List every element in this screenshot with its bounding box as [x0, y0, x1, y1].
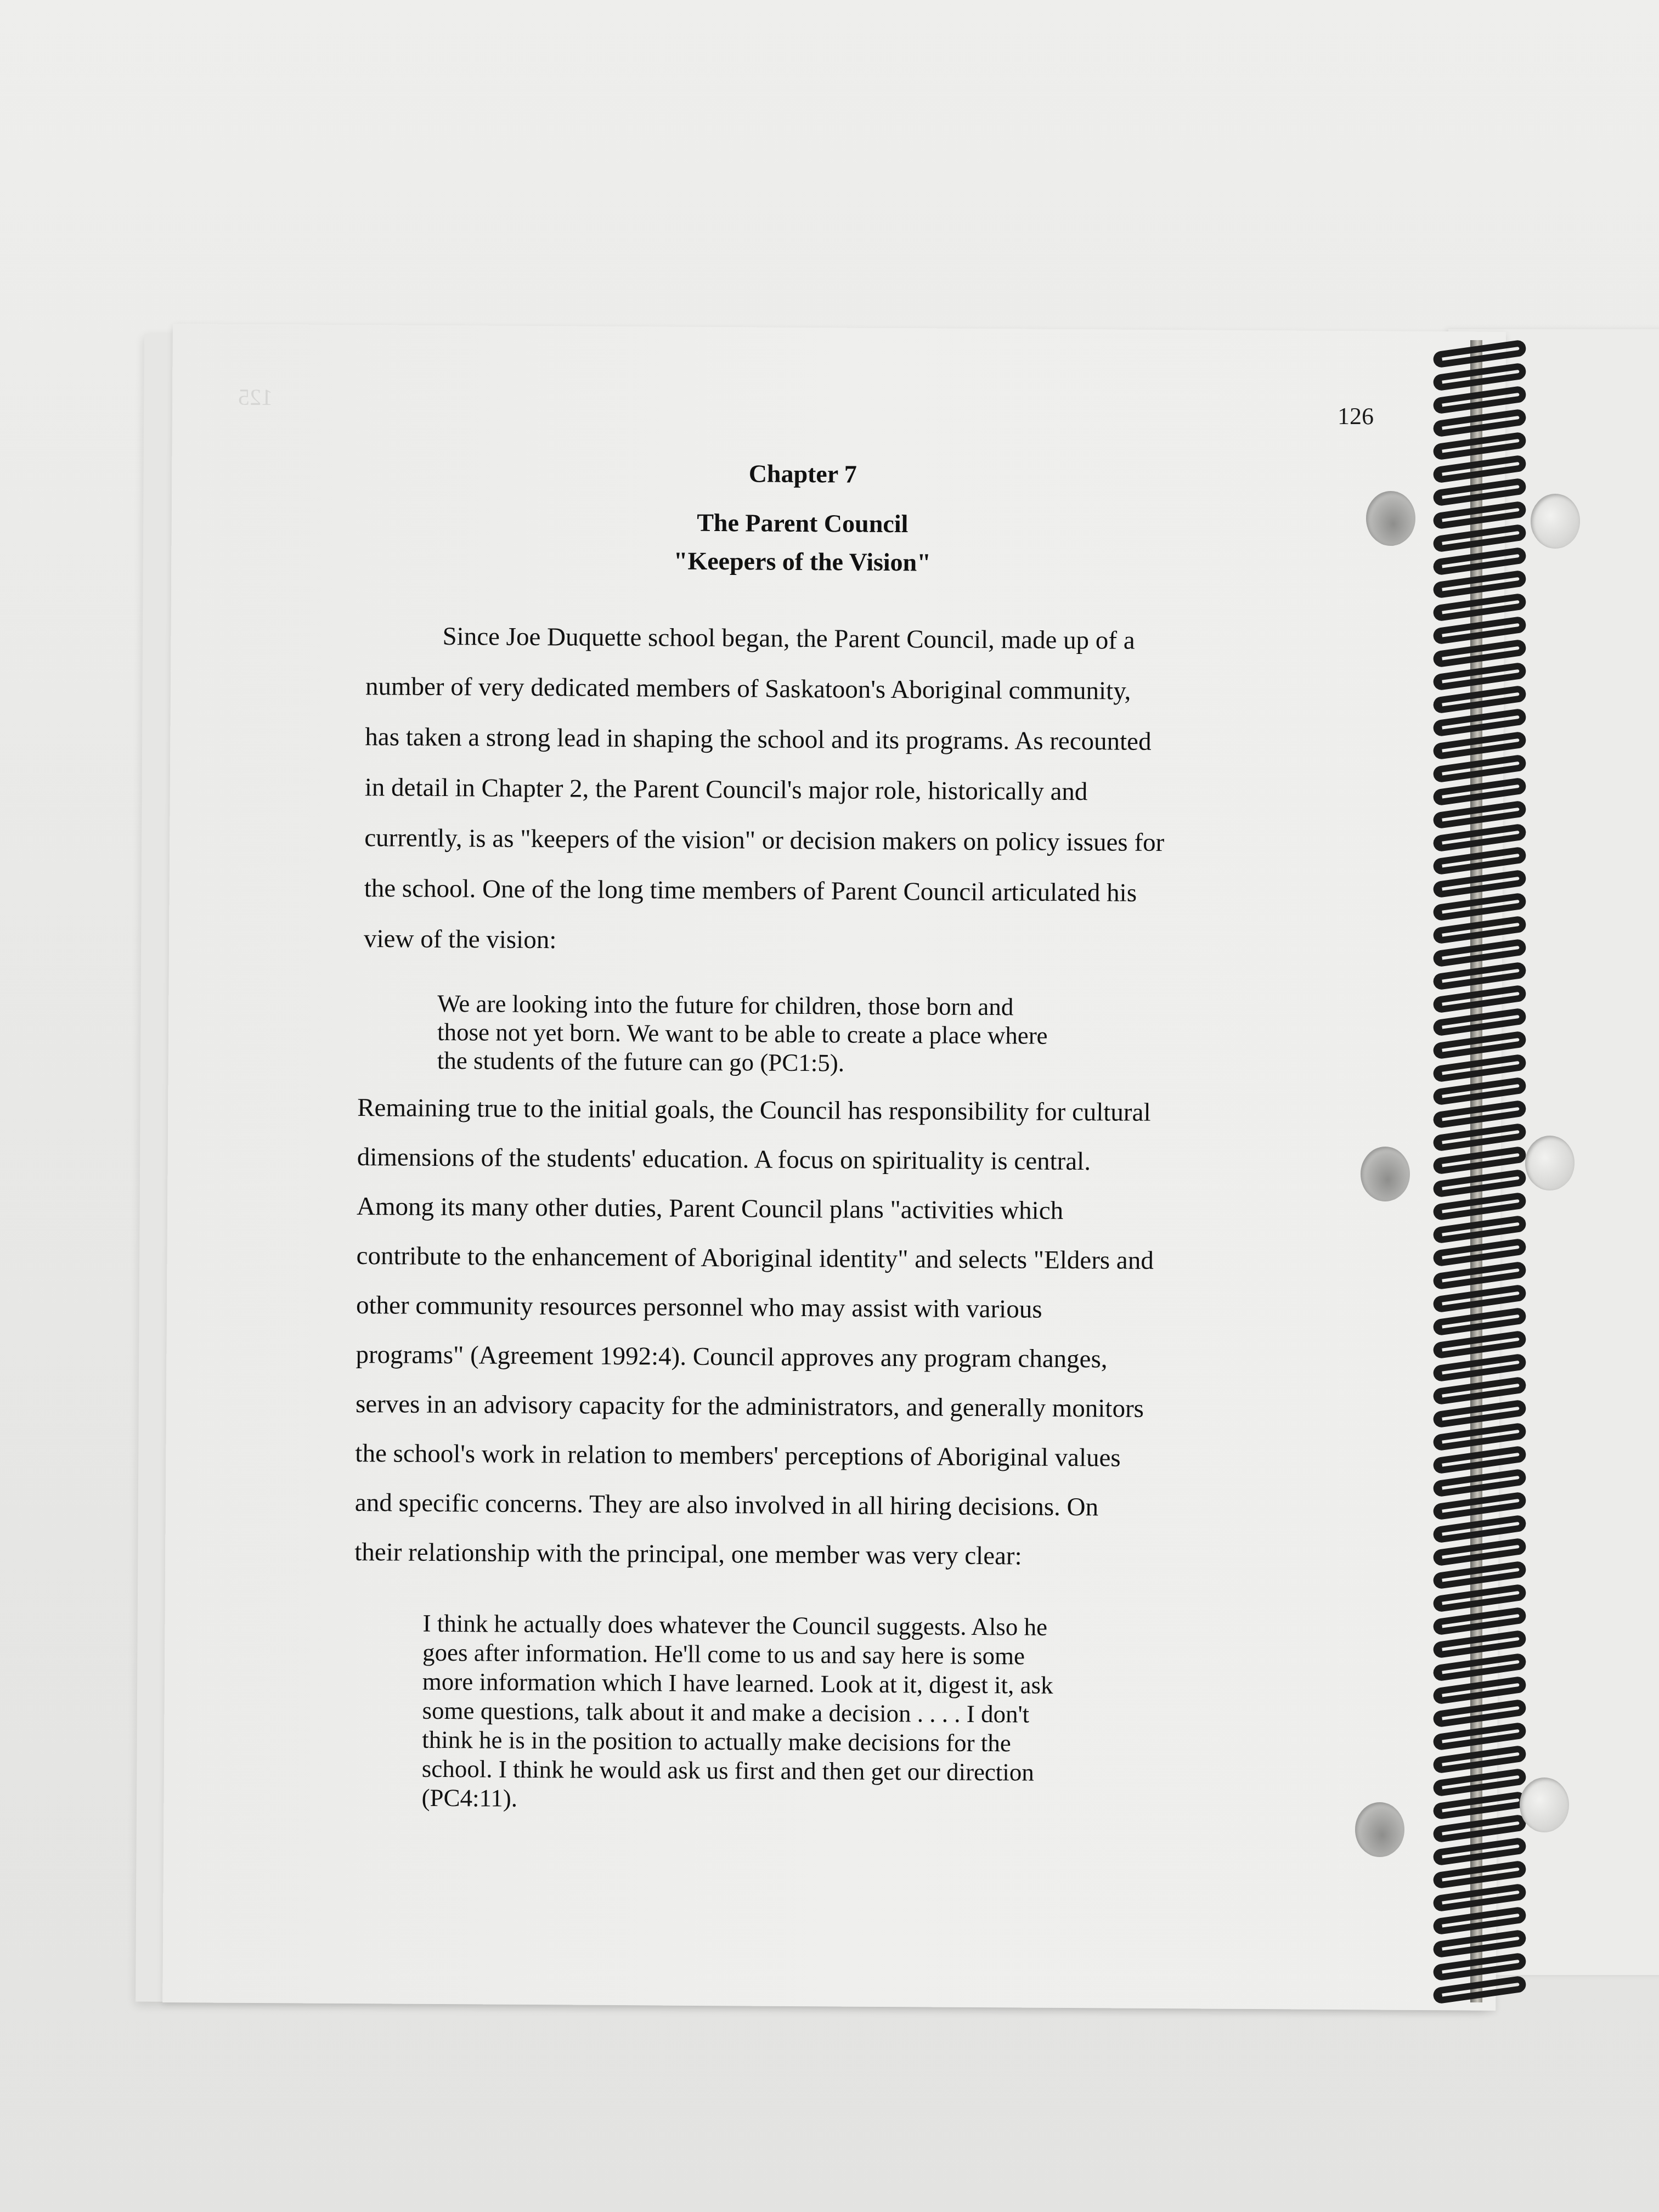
text-line: the school. One of the long time members… [364, 873, 1137, 908]
ghost-page-number: 125 [238, 385, 273, 411]
text-line: other community resources personnel who … [356, 1290, 1042, 1324]
text-line: view of the vision: [364, 924, 556, 955]
text-line: number of very dedicated members of Sask… [365, 672, 1131, 706]
text-line: (PC4:11). [421, 1784, 517, 1813]
chapter-subtitle: "Keepers of the Vision" [171, 543, 1433, 580]
text-line: contribute to the enhancement of Aborigi… [356, 1241, 1153, 1276]
block-quote-1: We are looking into the future for child… [173, 324, 1506, 332]
text-line: school. I think he would ask us first an… [422, 1754, 1034, 1787]
chapter-label: Chapter 7 [172, 455, 1434, 492]
punch-hole-bottom-left [1355, 1802, 1404, 1857]
text-line: and specific concerns. They are also inv… [355, 1488, 1099, 1522]
text-line: in detail in Chapter 2, the Parent Counc… [365, 772, 1088, 806]
paragraph-1: Since Joe Duquette school began, the Par… [173, 324, 1506, 332]
block-quote-2: I think he actually does whatever the Co… [173, 324, 1506, 332]
text-line: We are looking into the future for child… [437, 989, 1013, 1021]
text-line: currently, is as "keepers of the vision"… [364, 823, 1164, 857]
punch-hole-top-left [1366, 491, 1415, 546]
text-line: Remaining true to the initial goals, the… [357, 1093, 1151, 1127]
page-number: 126 [1338, 402, 1374, 430]
text-line: the students of the future can go (PC1:5… [437, 1046, 845, 1077]
text-line: programs" (Agreement 1992:4). Council ap… [356, 1340, 1107, 1374]
text-line: some questions, talk about it and make a… [422, 1696, 1029, 1729]
text-line: more information which I have learned. L… [422, 1667, 1053, 1700]
punch-hole-top-right [1531, 494, 1580, 549]
text-line: think he is in the position to actually … [422, 1725, 1011, 1758]
punch-hole-middle-right [1525, 1136, 1575, 1190]
text-line: has taken a strong lead in shaping the s… [365, 722, 1151, 757]
chapter-title: The Parent Council [172, 505, 1434, 541]
text-line: I think he actually does whatever the Co… [422, 1609, 1047, 1641]
text-line: those not yet born. We want to be able t… [437, 1018, 1048, 1050]
text-line: Since Joe Duquette school began, the Par… [442, 622, 1135, 656]
document-page: 125 126 Chapter 7 The Parent Council "Ke… [162, 324, 1506, 2011]
punch-hole-bottom-right [1520, 1778, 1569, 1832]
text-line: dimensions of the students' education. A… [357, 1142, 1091, 1176]
text-line: goes after information. He'll come to us… [422, 1638, 1025, 1671]
text-line: serves in an advisory capacity for the a… [356, 1389, 1144, 1424]
text-line: their relationship with the principal, o… [354, 1537, 1022, 1571]
text-line: the school's work in relation to members… [355, 1438, 1121, 1473]
text-line: Among its many other duties, Parent Coun… [357, 1192, 1063, 1226]
paragraph-2: Remaining true to the initial goals, the… [173, 324, 1506, 332]
punch-hole-middle-left [1361, 1147, 1410, 1201]
